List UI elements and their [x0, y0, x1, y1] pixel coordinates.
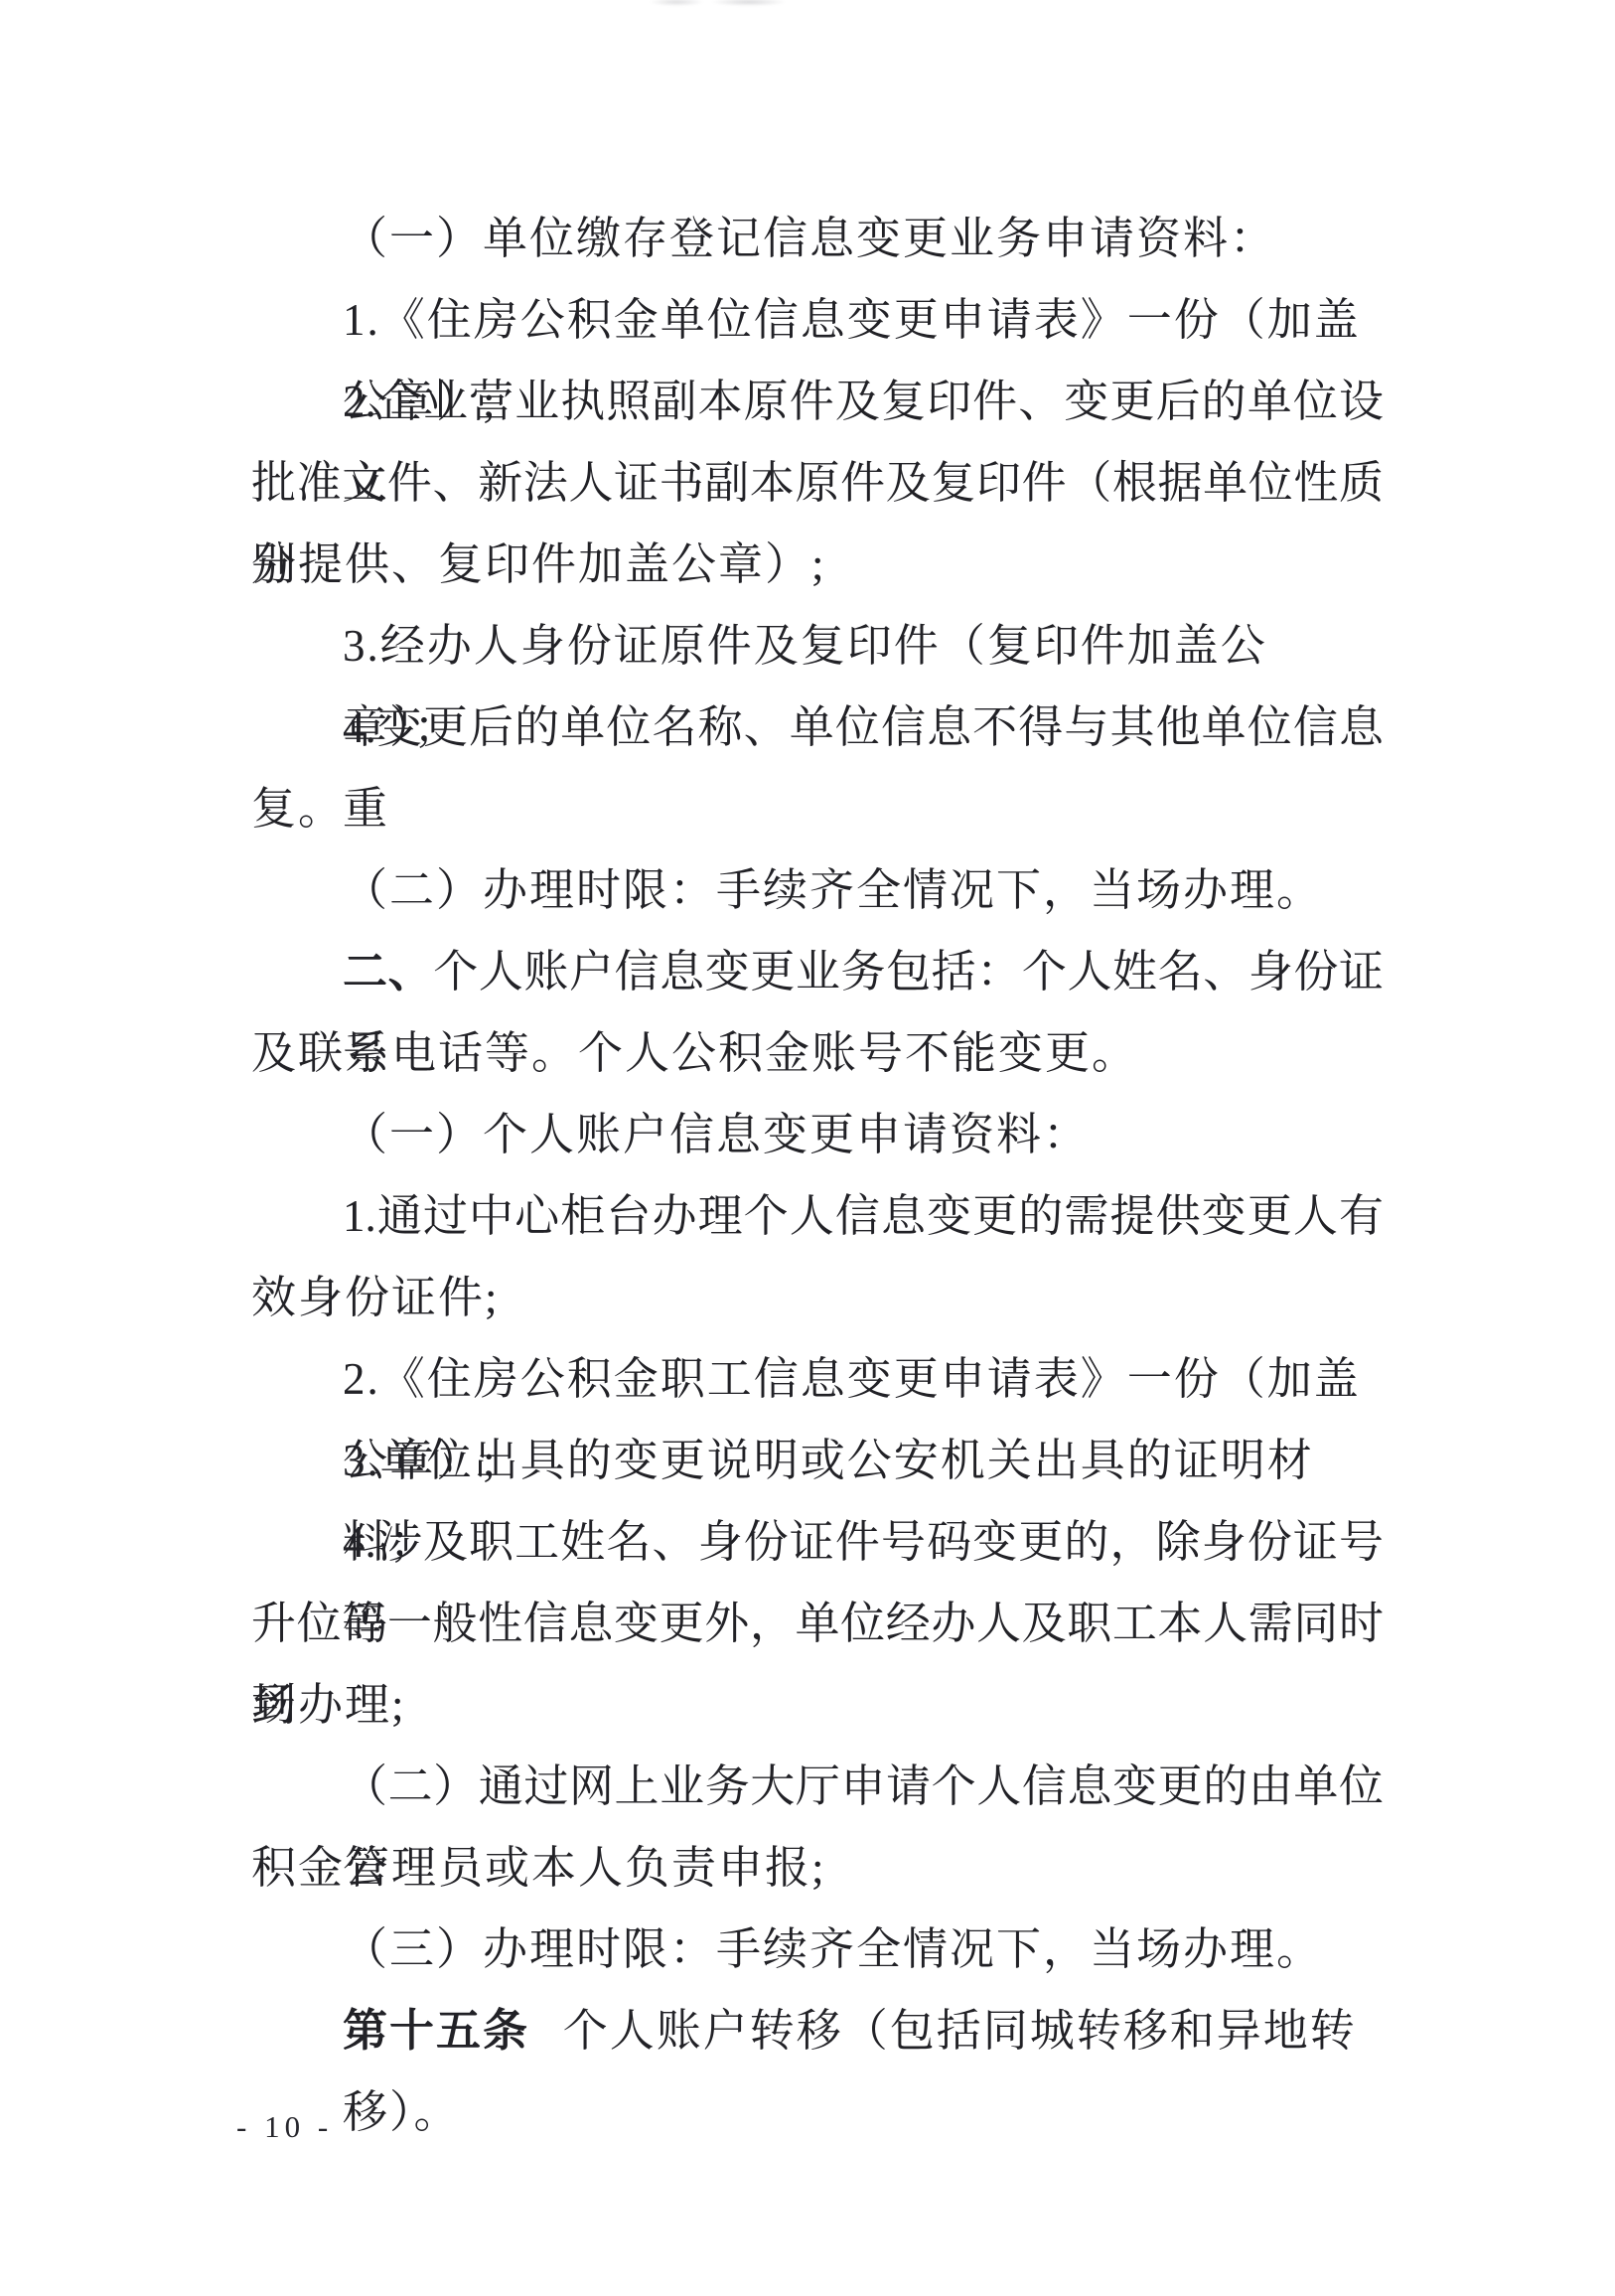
text-line: （二）办理时限：手续齐全情况下，当场办理。	[251, 849, 1384, 931]
text-line: 复。	[251, 768, 1384, 849]
text-line: （三）办理时限：手续齐全情况下，当场办理。	[251, 1909, 1384, 1990]
text-line: 第十五条个人账户转移（包括同城转移和异地转移）。	[251, 1990, 1384, 2071]
text-line: 二、个人账户信息变更业务包括：个人姓名、身份证号	[251, 931, 1384, 1012]
text-line: 效身份证件;	[251, 1257, 1384, 1338]
text-line: 4.涉及职工姓名、身份证件号码变更的，除身份证号码	[251, 1501, 1384, 1583]
text-line: 3.单位出具的变更说明或公安机关出具的证明材料；	[251, 1420, 1384, 1501]
text-line: （一）单位缴存登记信息变更业务申请资料：	[251, 198, 1384, 279]
scan-artifact	[641, 0, 785, 8]
document-body: （一）单位缴存登记信息变更业务申请资料： 1.《住房公积金单位信息变更申请表》一…	[251, 198, 1384, 2071]
text-line: 2.企业营业执照副本原件及复印件、变更后的单位设立	[251, 361, 1384, 442]
text-line: 升位等一般性信息变更外，单位经办人及职工本人需同时到	[251, 1583, 1384, 1664]
text-line: 1.通过中心柜台办理个人信息变更的需提供变更人有	[251, 1175, 1384, 1257]
text-line: 场办理;	[251, 1664, 1384, 1746]
text-line: 1.《住房公积金单位信息变更申请表》一份（加盖公章）;	[251, 279, 1384, 361]
page-number: - 10 -	[236, 2107, 333, 2147]
text-line: 及联系电话等。个人公积金账号不能变更。	[251, 1012, 1384, 1094]
text-line: 积金管理员或本人负责申报;	[251, 1827, 1384, 1909]
text-line: 别提供、复印件加盖公章）;	[251, 524, 1384, 605]
text-line: 3.经办人身份证原件及复印件（复印件加盖公章）；	[251, 605, 1384, 687]
text-line: 4.变更后的单位名称、单位信息不得与其他单位信息重	[251, 687, 1384, 768]
text-line: （二）通过网上业务大厅申请个人信息变更的由单位公	[251, 1746, 1384, 1827]
text-line: （一）个人账户信息变更申请资料：	[251, 1094, 1384, 1175]
text-line: 2.《住房公积金职工信息变更申请表》一份（加盖公章）;	[251, 1338, 1384, 1420]
text-line: 批准文件、新法人证书副本原件及复印件（根据单位性质分	[251, 442, 1384, 524]
document-page: （一）单位缴存登记信息变更业务申请资料： 1.《住房公积金单位信息变更申请表》一…	[0, 0, 1615, 2296]
